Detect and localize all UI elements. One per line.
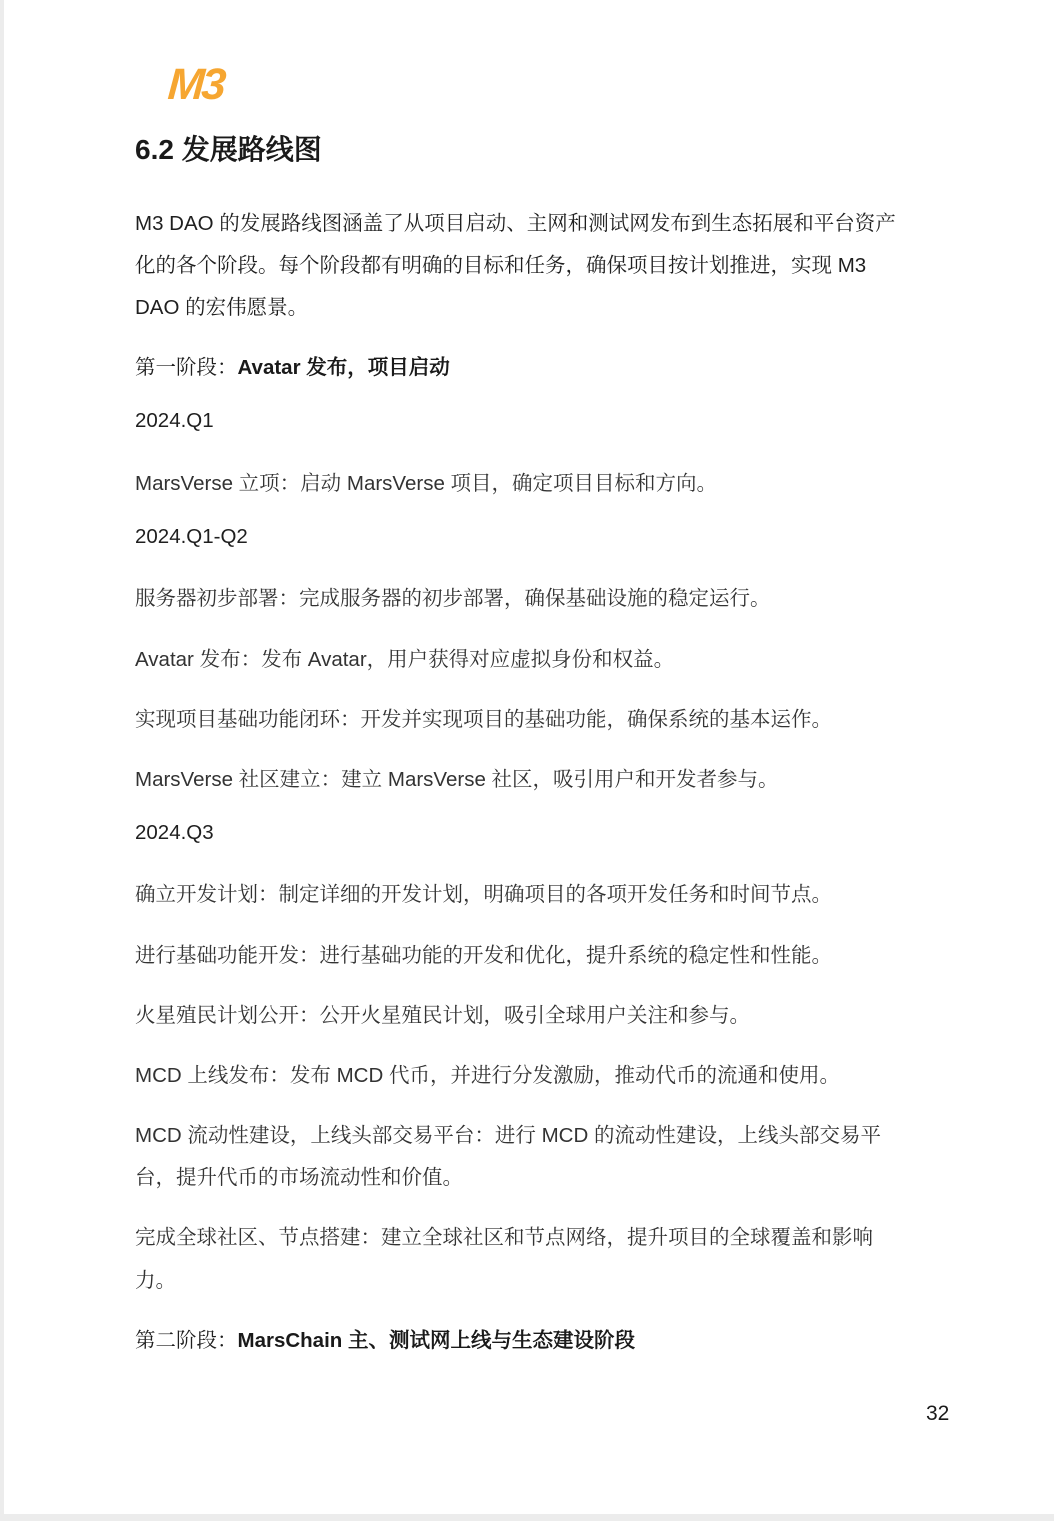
phase1-title: Avatar 发布，项目启动 bbox=[238, 356, 450, 379]
q1q2-label: 2024.Q1-Q2 bbox=[135, 525, 248, 549]
phase2-title: MarsChain 主、测试网上线与生态建设阶段 bbox=[238, 1329, 636, 1352]
m3-logo: M3 bbox=[166, 60, 225, 110]
q3-item-5-line-2: 台，提升代币的市场流动性和价值。 bbox=[135, 1160, 463, 1190]
q1-label: 2024.Q1 bbox=[135, 409, 214, 433]
phase1-heading: 第一阶段：Avatar 发布，项目启动 bbox=[135, 350, 450, 380]
phase2-prefix: 第二阶段： bbox=[135, 1329, 238, 1352]
q3-label: 2024.Q3 bbox=[135, 821, 214, 845]
document-page: M3 6.2 发展路线图 M3 DAO 的发展路线图涵盖了从项目启动、主网和测试… bbox=[4, 0, 1054, 1514]
q3-item-6-line-1: 完成全球社区、节点搭建：建立全球社区和节点网络，提升项目的全球覆盖和影响 bbox=[135, 1220, 873, 1250]
q3-item-6-line-2: 力。 bbox=[135, 1263, 176, 1293]
page-number: 32 bbox=[926, 1402, 949, 1426]
q1q2-item-4: MarsVerse 社区建立：建立 MarsVerse 社区，吸引用户和开发者参… bbox=[135, 762, 779, 792]
section-title: 6.2 发展路线图 bbox=[135, 128, 322, 168]
q1-item-1: MarsVerse 立项：启动 MarsVerse 项目，确定项目目标和方向。 bbox=[135, 466, 717, 496]
intro-line-3: DAO 的宏伟愿景。 bbox=[135, 290, 308, 320]
intro-line-1: M3 DAO 的发展路线图涵盖了从项目启动、主网和测试网发布到生态拓展和平台资产 bbox=[135, 206, 896, 236]
q1q2-item-2: Avatar 发布：发布 Avatar，用户获得对应虚拟身份和权益。 bbox=[135, 642, 674, 672]
phase2-heading: 第二阶段：MarsChain 主、测试网上线与生态建设阶段 bbox=[135, 1323, 635, 1353]
q3-item-2: 进行基础功能开发：进行基础功能的开发和优化，提升系统的稳定性和性能。 bbox=[135, 938, 832, 968]
q3-item-3: 火星殖民计划公开：公开火星殖民计划，吸引全球用户关注和参与。 bbox=[135, 998, 750, 1028]
q1q2-item-1: 服务器初步部署：完成服务器的初步部署，确保基础设施的稳定运行。 bbox=[135, 581, 771, 611]
intro-line-2: 化的各个阶段。每个阶段都有明确的目标和任务，确保项目按计划推进，实现 M3 bbox=[135, 248, 866, 278]
q3-item-4: MCD 上线发布：发布 MCD 代币，并进行分发激励，推动代币的流通和使用。 bbox=[135, 1058, 840, 1088]
phase1-prefix: 第一阶段： bbox=[135, 356, 238, 379]
q1q2-item-3: 实现项目基础功能闭环：开发并实现项目的基础功能，确保系统的基本运作。 bbox=[135, 702, 832, 732]
q3-item-5-line-1: MCD 流动性建设，上线头部交易平台：进行 MCD 的流动性建设，上线头部交易平 bbox=[135, 1118, 881, 1148]
q3-item-1: 确立开发计划：制定详细的开发计划，明确项目的各项开发任务和时间节点。 bbox=[135, 877, 832, 907]
